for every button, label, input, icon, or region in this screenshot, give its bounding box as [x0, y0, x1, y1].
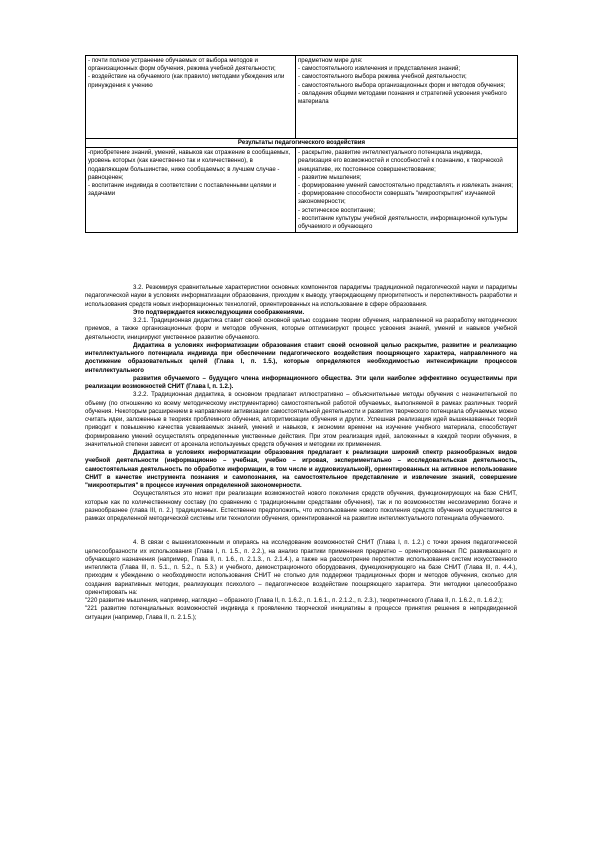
paragraph-development: развития обучаемого – будущего члена инф…	[85, 375, 517, 392]
table-section-header-row: Результаты педагогического воздействия	[86, 139, 518, 148]
table-cell-traditional: - почти полное устранение обучаемых от в…	[86, 56, 296, 139]
section-header: Результаты педагогического воздействия	[86, 139, 518, 148]
spacer	[85, 523, 517, 539]
paragraph-confirmation: Это подтверждается нижеследующими сообра…	[85, 309, 517, 317]
document-page: - почти полное устранение обучаемых от в…	[0, 0, 595, 842]
cell-item: - воспитание индивида в соответствии с п…	[88, 182, 293, 198]
table-row: -приобретение знаний, умений, навыков ка…	[86, 148, 518, 233]
cell-item: - эстетическое воспитание;	[298, 207, 515, 215]
cell-item: - самостоятельного извлечения и представ…	[298, 65, 515, 73]
cell-item: - самостоятельного выбора организационны…	[298, 82, 515, 90]
paragraph-didactics-informatization: Дидактика в условиях информатизации обра…	[85, 342, 517, 375]
table-cell-informatization: предметном мире для: - самостоятельного …	[296, 56, 518, 139]
cell-item: - почти полное устранение обучаемых от в…	[88, 57, 293, 73]
paragraph-3-2-2: 3.2.2. Традиционная дидактика, в основно…	[85, 391, 517, 449]
table-cell-informatization: - раскрытие, развитие интеллектуального …	[296, 148, 518, 233]
body-text: 3.2. Резюмируя сравнительные характерист…	[85, 284, 517, 622]
cell-item: - самостоятельного выбора режима учебной…	[298, 73, 515, 81]
comparison-table: - почти полное устранение обучаемых от в…	[85, 55, 518, 233]
cell-item: - развитие мышления;	[298, 174, 515, 182]
paragraph-3-2-1: 3.2.1. Традиционная дидактика ставит сво…	[85, 317, 517, 342]
paragraph-4: 4. В связи с вышеизложенным и опираясь н…	[85, 539, 517, 597]
cell-item: - овладения общими методами познания и с…	[298, 90, 515, 106]
table-cell-traditional: -приобретение знаний, умений, навыков ка…	[86, 148, 296, 233]
cell-item: - формирование способности совершать "ми…	[298, 190, 515, 206]
list-item: "220 развитие мышления, например, нагляд…	[85, 597, 517, 605]
table-row: - почти полное устранение обучаемых от в…	[86, 56, 518, 139]
cell-item: -приобретение знаний, умений, навыков ка…	[88, 149, 293, 182]
paragraph-3-2: 3.2. Резюмируя сравнительные характерист…	[85, 284, 517, 309]
paragraph-new-generation: Осуществляться это может при реализации …	[85, 490, 517, 523]
cell-item: - воздействие на обучаемого (как правило…	[88, 73, 293, 89]
paragraph-activity-types: Дидактика в условиях информатизации обра…	[85, 449, 517, 490]
list-item: "221 развитие потенциальных возможностей…	[85, 605, 517, 622]
cell-item: - воспитание культуры учебной деятельнос…	[298, 215, 515, 231]
cell-item: - формирование умений самостоятельно пре…	[298, 182, 515, 190]
cell-item: - раскрытие, развитие интеллектуального …	[298, 149, 515, 174]
cell-item: предметном мире для:	[298, 57, 515, 65]
